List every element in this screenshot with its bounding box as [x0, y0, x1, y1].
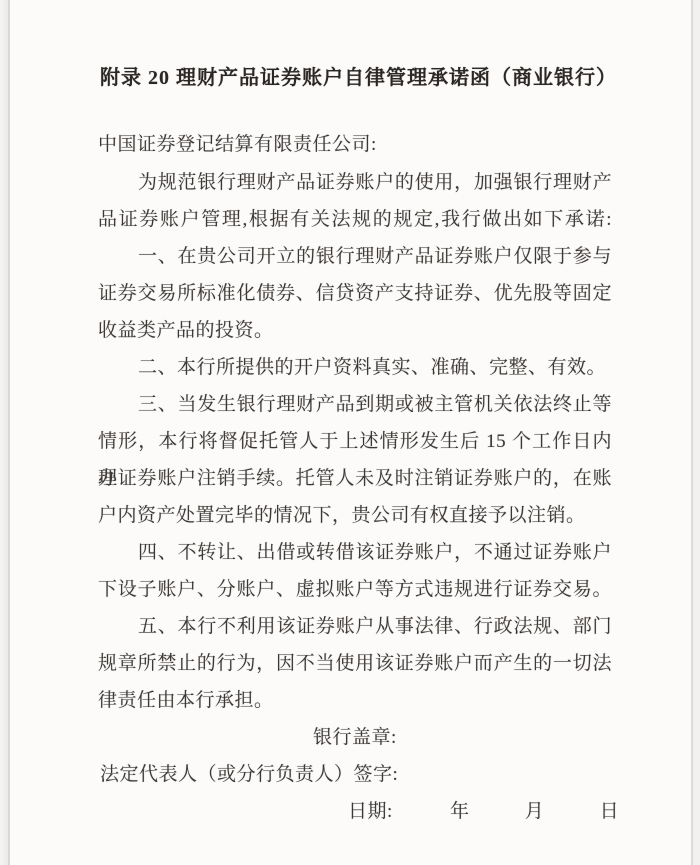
document-body: 附录 20 理财产品证券账户自律管理承诺函（商业银行） 中国证券登记结算有限责任… — [0, 64, 700, 830]
date-line: 日期: 年 月 日 — [98, 793, 612, 830]
bank-seal-label: 银行盖章: — [98, 719, 612, 756]
body-line: 二、本行所提供的开户资料真实、准确、完整、有效。 — [98, 349, 612, 386]
body-line: 证券交易所标准化债券、信贷资产支持证券、优先股等固定 — [98, 275, 612, 312]
body-text-block: 为规范银行理财产品证券账户的使用，加强银行理财产 品证券账户管理,根据有关法规的… — [98, 164, 612, 719]
month-label: 月 — [525, 801, 545, 822]
salutation-line: 中国证券登记结算有限责任公司: — [98, 126, 612, 163]
year-label: 年 — [450, 801, 470, 822]
body-line: 一、在贵公司开立的银行理财产品证券账户仅限于参与 — [98, 238, 612, 275]
body-line: 律责任由本行承担。 — [98, 682, 612, 719]
body-line: 情形，本行将督促托管人于上述情形发生后 15 个工作日内办 — [98, 423, 612, 460]
body-line: 理证券账户注销手续。托管人未及时注销证券账户的，在账 — [98, 460, 612, 497]
date-label: 日期: — [348, 801, 393, 822]
body-line: 四、不转让、出借或转借该证券账户，不通过证券账户 — [98, 534, 612, 571]
body-line: 下设子账户、分账户、虚拟账户等方式违规进行证券交易。 — [98, 571, 612, 608]
legal-representative-signature-label: 法定代表人（或分行负责人）签字: — [98, 756, 612, 793]
body-line: 收益类产品的投资。 — [98, 312, 612, 349]
body-line: 五、本行不利用该证券账户从事法律、行政法规、部门 — [98, 608, 612, 645]
body-line: 户内资产处置完毕的情况下，贵公司有权直接予以注销。 — [98, 497, 612, 534]
body-line: 为规范银行理财产品证券账户的使用，加强银行理财产 — [98, 164, 612, 201]
scanned-document-page: 附录 20 理财产品证券账户自律管理承诺函（商业银行） 中国证券登记结算有限责任… — [0, 0, 700, 865]
document-title: 附录 20 理财产品证券账户自律管理承诺函（商业银行） — [100, 64, 612, 92]
body-line: 三、当发生银行理财产品到期或被主管机关依法终止等 — [98, 386, 612, 423]
day-label: 日 — [600, 801, 620, 822]
body-line: 品证券账户管理,根据有关法规的规定,我行做出如下承诺: — [98, 201, 612, 238]
body-line: 规章所禁止的行为，因不当使用该证券账户而产生的一切法 — [98, 645, 612, 682]
